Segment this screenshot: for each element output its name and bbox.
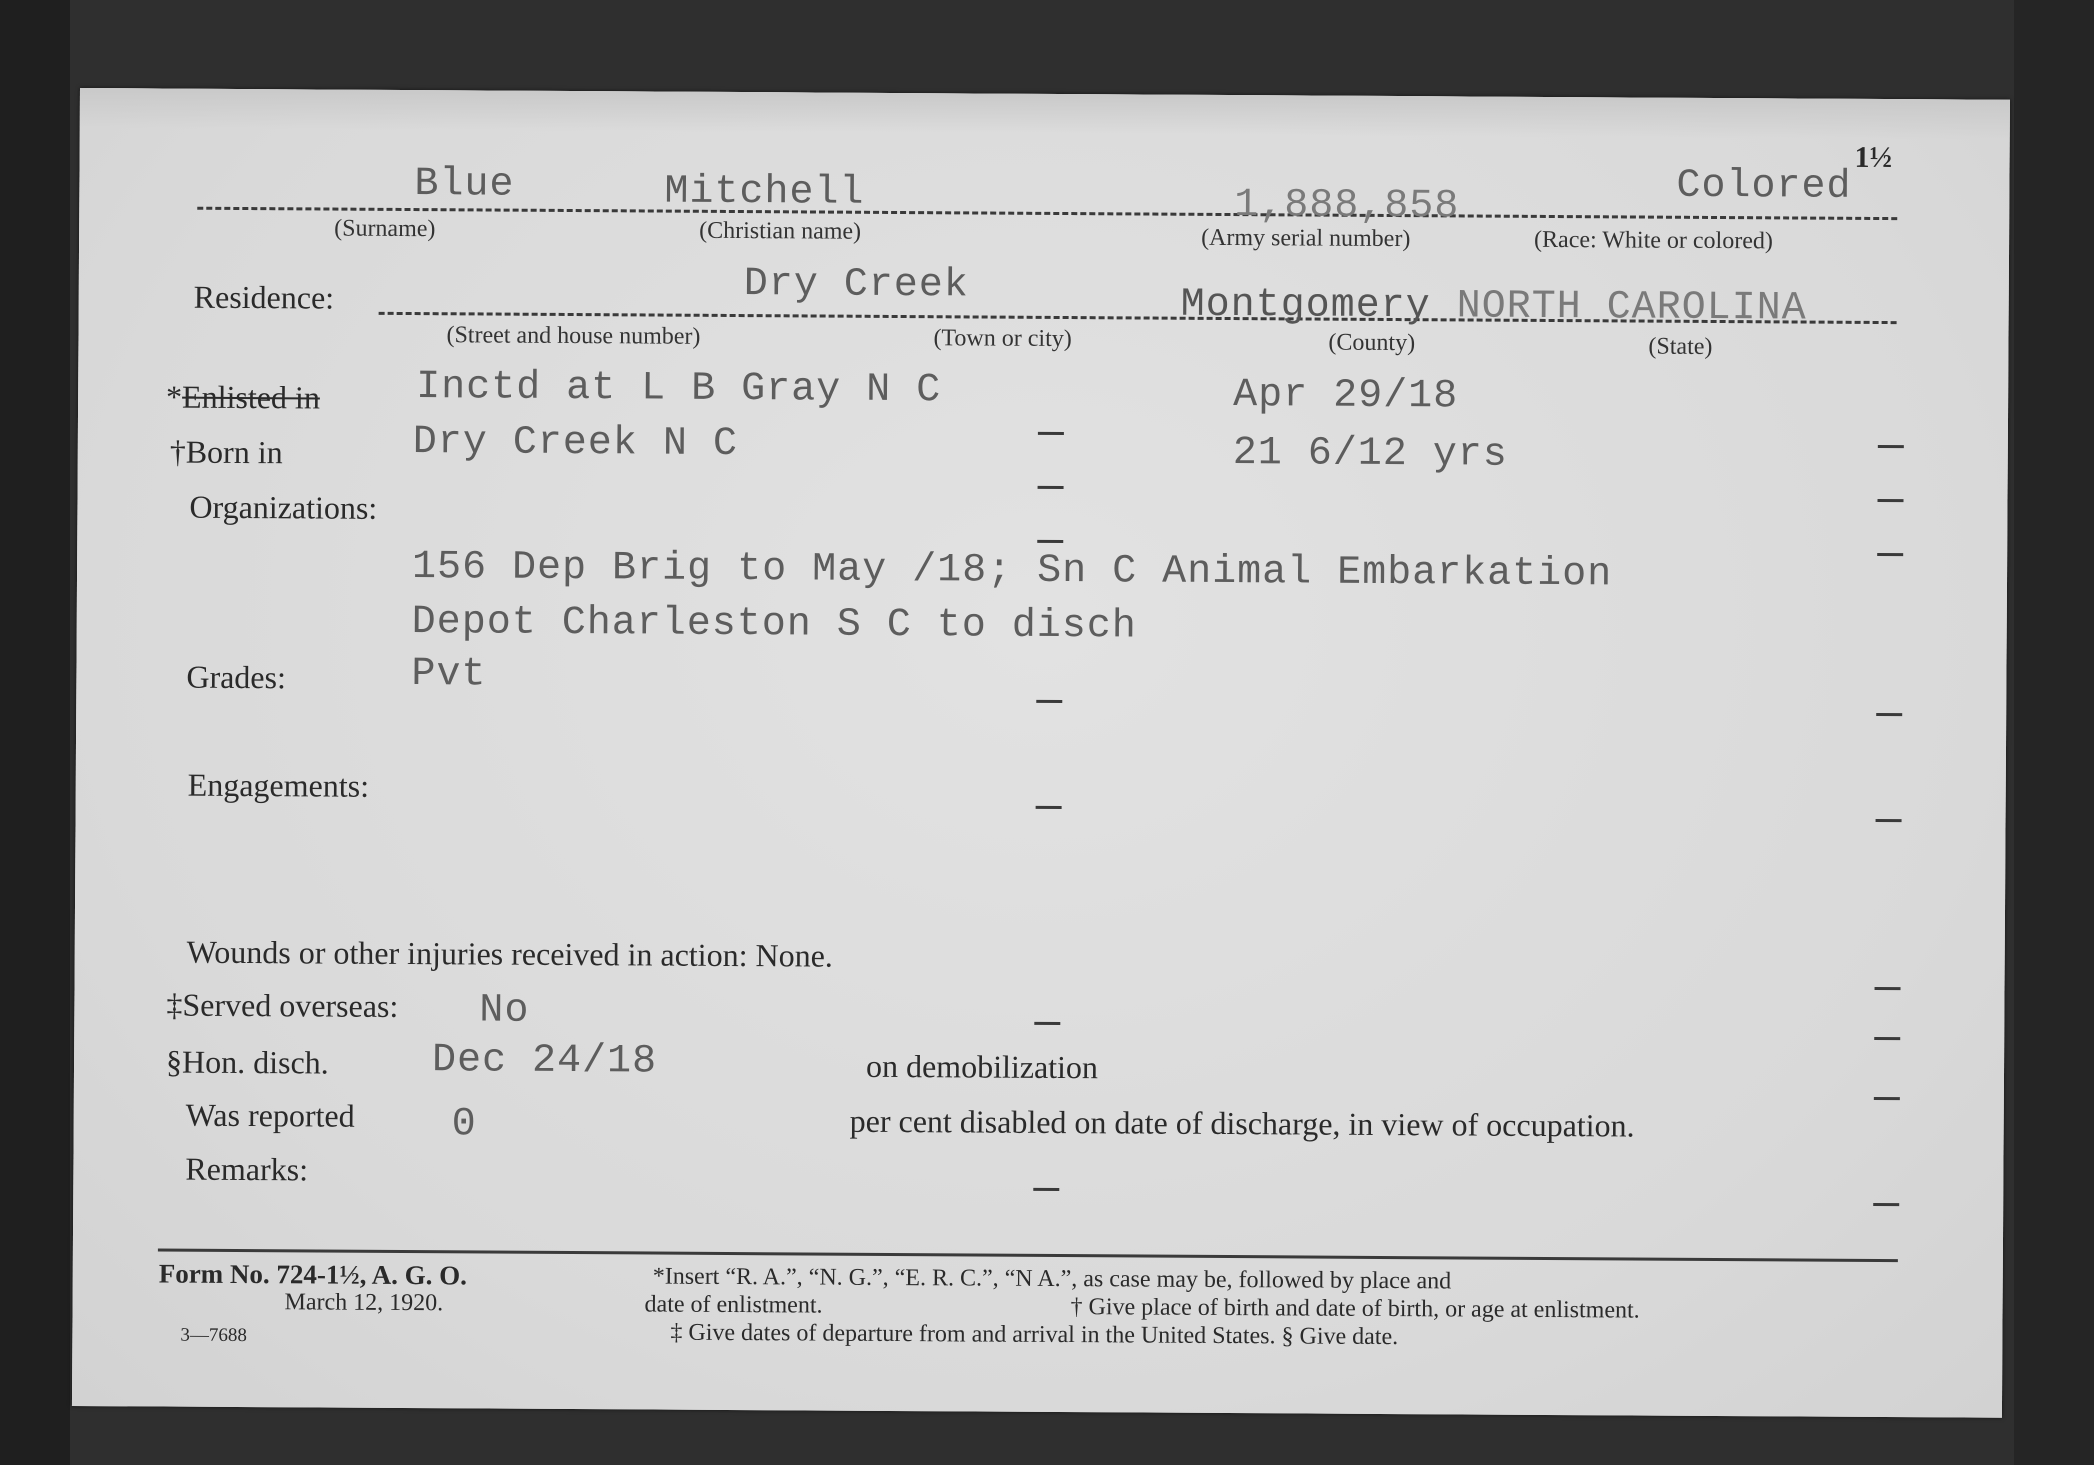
blank-dash bbox=[1036, 700, 1062, 703]
header-dotted-line bbox=[197, 207, 1897, 220]
enlisted-value: Inctd at L B Gray N C bbox=[416, 365, 941, 413]
hon-disch-label-text: Hon. disch. bbox=[182, 1044, 329, 1081]
hon-disch-suffix: on demobilization bbox=[866, 1048, 1098, 1086]
grades-label: Grades: bbox=[186, 659, 286, 697]
organizations-line-1: 156 Dep Brig to May /18; Sn C Animal Emb… bbox=[412, 545, 1612, 597]
form-number: Form No. 724-1½, A. G. O. bbox=[159, 1259, 467, 1292]
blank-dash bbox=[1038, 432, 1064, 435]
print-code: 3—7688 bbox=[180, 1325, 247, 1347]
state-label: (State) bbox=[1648, 334, 1712, 361]
footnote-enlistment-date: date of enlistment. bbox=[644, 1291, 822, 1319]
was-reported-value: 0 bbox=[452, 1102, 477, 1147]
born-label-text: Born in bbox=[186, 434, 283, 471]
surname-value: Blue bbox=[414, 162, 514, 208]
blank-dash bbox=[1876, 713, 1902, 716]
wounds-label: Wounds or other injuries received in act… bbox=[187, 934, 833, 975]
enlisted-date: Apr 29/18 bbox=[1233, 373, 1458, 419]
wounds-value: None. bbox=[755, 937, 833, 973]
organizations-label: Organizations: bbox=[189, 489, 377, 527]
was-reported-suffix: per cent disabled on date of discharge, … bbox=[850, 1103, 1635, 1145]
footnote-overseas: ‡ Give dates of departure from and arriv… bbox=[670, 1320, 1398, 1351]
form-date: March 12, 1920. bbox=[285, 1289, 444, 1317]
remarks-label: Remarks: bbox=[185, 1151, 308, 1189]
county-label: (County) bbox=[1328, 330, 1415, 358]
engagements-label: Engagements: bbox=[188, 767, 370, 805]
served-overseas-value: No bbox=[479, 988, 529, 1033]
footnote-enlisted: *Insert “R. A.”, “N. G.”, “E. R. C.”, “N… bbox=[653, 1264, 1452, 1296]
served-overseas-label: ‡Served overseas: bbox=[166, 987, 398, 1025]
hon-disch-value: Dec 24/18 bbox=[432, 1038, 657, 1084]
blank-dash bbox=[1874, 1037, 1900, 1040]
blank-dash bbox=[1878, 499, 1904, 502]
enlisted-label-text: Enlisted in bbox=[182, 379, 320, 416]
surname-label: (Surname) bbox=[334, 216, 435, 244]
blank-dash bbox=[1034, 1022, 1060, 1025]
state-value: NORTH CAROLINA bbox=[1457, 284, 1807, 331]
service-record-card: 1½ Blue Mitchell 1,888,858 Colored (Surn… bbox=[72, 88, 2010, 1418]
blank-dash bbox=[1874, 1097, 1900, 1100]
race-label: (Race: White or colored) bbox=[1534, 227, 1773, 255]
wounds-label-text: Wounds or other injuries received in act… bbox=[187, 934, 748, 973]
street-label: (Street and house number) bbox=[446, 322, 700, 351]
enlisted-label: *Enlisted in bbox=[166, 379, 320, 417]
christian-name-label: (Christian name) bbox=[699, 218, 861, 246]
race-value: Colored bbox=[1676, 164, 1851, 210]
scan-background-left bbox=[0, 0, 70, 1465]
was-reported-label: Was reported bbox=[186, 1097, 355, 1135]
blank-dash bbox=[1037, 540, 1063, 543]
blank-dash bbox=[1036, 806, 1062, 809]
army-serial-number-label: (Army serial number) bbox=[1201, 225, 1410, 253]
footnote-birth: † Give place of birth and date of birth,… bbox=[1070, 1294, 1639, 1324]
born-label: †Born in bbox=[170, 434, 283, 472]
enlisted-marker: * bbox=[166, 379, 182, 415]
blank-dash bbox=[1877, 553, 1903, 556]
grades-value: Pvt bbox=[411, 652, 486, 697]
town-value: Dry Creek bbox=[744, 262, 969, 308]
corner-mark: 1½ bbox=[1855, 141, 1893, 175]
blank-dash bbox=[1876, 819, 1902, 822]
blank-dash bbox=[1875, 987, 1901, 990]
organizations-line-2: Depot Charleston S C to disch bbox=[412, 600, 1137, 649]
residence-label: Residence: bbox=[194, 279, 335, 317]
blank-dash bbox=[1033, 1188, 1059, 1191]
town-label: (Town or city) bbox=[933, 325, 1071, 353]
christian-name-value: Mitchell bbox=[664, 170, 864, 216]
blank-dash bbox=[1873, 1203, 1899, 1206]
army-serial-number-value: 1,888,858 bbox=[1234, 183, 1459, 229]
born-marker: † bbox=[170, 434, 186, 470]
born-age: 21 6/12 yrs bbox=[1233, 431, 1508, 478]
scan-background-right bbox=[2014, 0, 2094, 1465]
county-value: Montgomery bbox=[1181, 283, 1431, 330]
served-overseas-label-text: Served overseas: bbox=[182, 987, 398, 1024]
served-overseas-marker: ‡ bbox=[166, 987, 182, 1023]
blank-dash bbox=[1878, 445, 1904, 448]
hon-disch-label: §Hon. disch. bbox=[166, 1044, 329, 1082]
blank-dash bbox=[1038, 486, 1064, 489]
hon-disch-marker: § bbox=[166, 1044, 182, 1080]
born-value: Dry Creek N C bbox=[413, 420, 738, 467]
